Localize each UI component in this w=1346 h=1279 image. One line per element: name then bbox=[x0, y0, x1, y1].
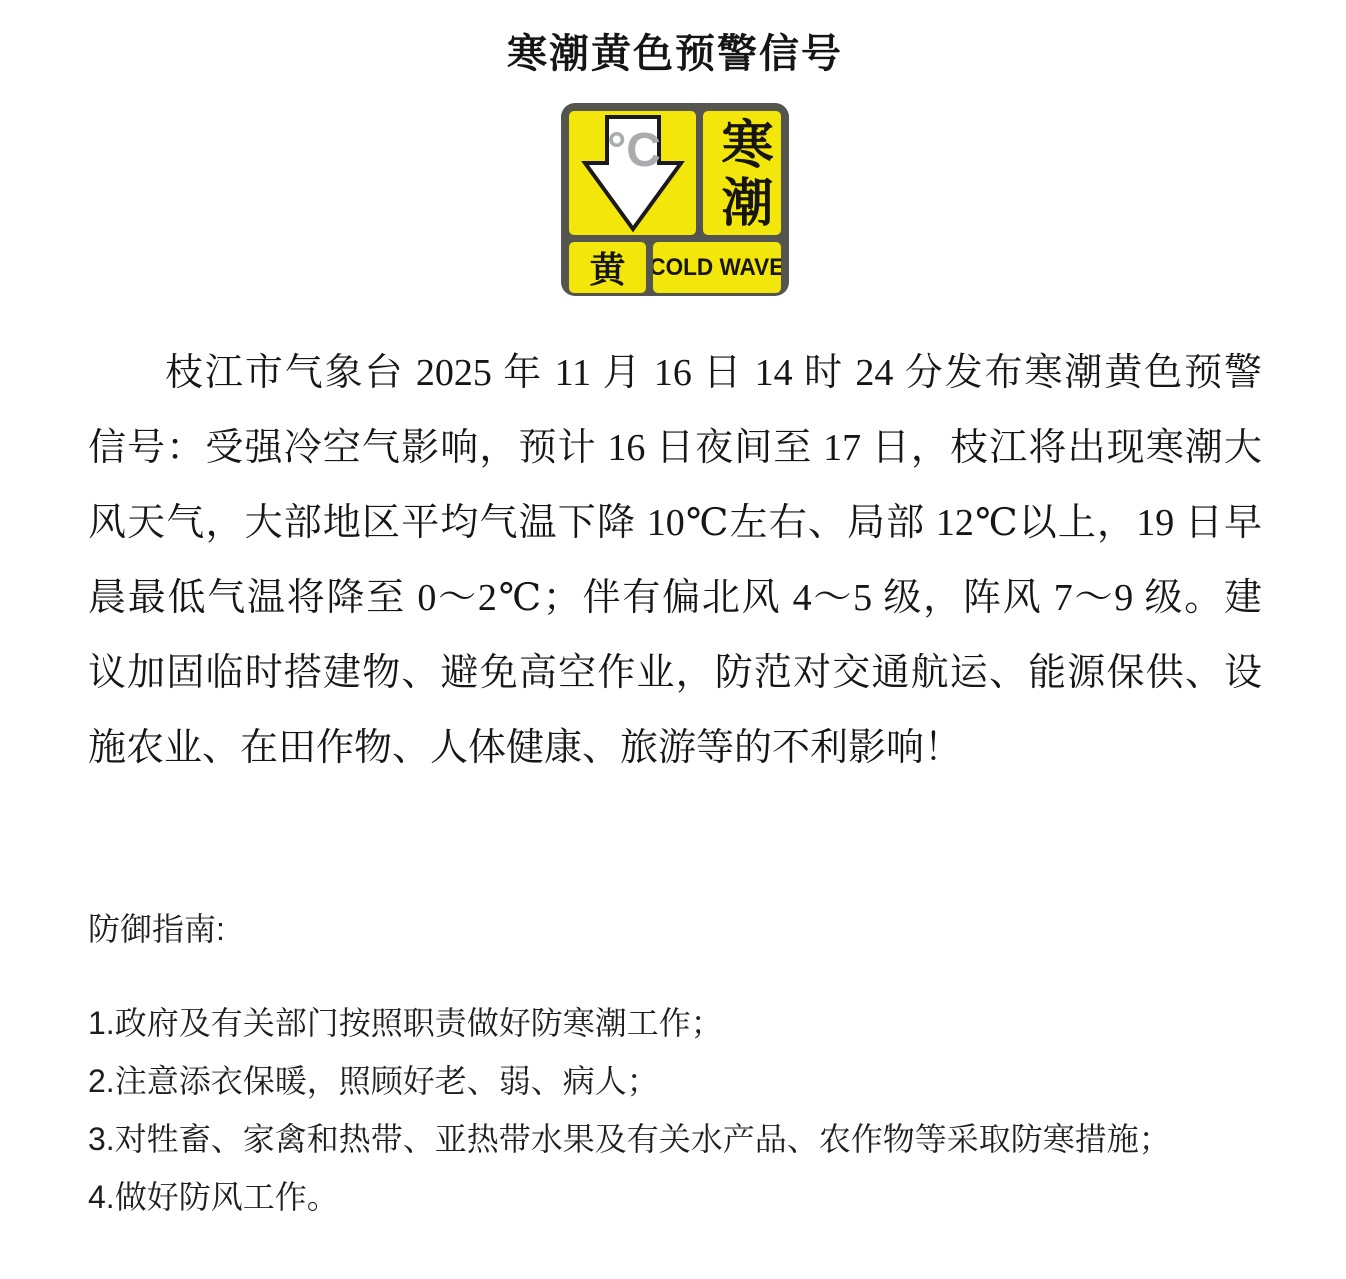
defense-guide-heading: 防御指南: bbox=[88, 904, 1262, 950]
guide-item: 4.做好防风工作。 bbox=[88, 1168, 1262, 1226]
badge-top-row: °C 寒潮 bbox=[569, 111, 781, 235]
defense-guide-section: 防御指南: 1.政府及有关部门按照职责做好防寒潮工作； 2.注意添衣保暖，照顾好… bbox=[88, 904, 1262, 1226]
notice-line: 议加固临时搭建物、避免高空作业，防范对交通航运、能源保供、设 bbox=[88, 636, 1262, 711]
temperature-drop-arrow-icon: °C bbox=[569, 111, 696, 235]
badge-level-label: 黄 bbox=[589, 242, 625, 293]
notice-line: 施农业、在田作物、人体健康、旅游等的不利影响！ bbox=[88, 711, 1262, 786]
guide-item: 1.政府及有关部门按照职责做好防寒潮工作； bbox=[88, 994, 1262, 1052]
notice-line: 风天气，大部地区平均气温下降 10℃左右、局部 12℃以上，19 日早 bbox=[88, 486, 1262, 561]
guide-item: 3.对牲畜、家禽和热带、亚热带水果及有关水产品、农作物等采取防寒措施； bbox=[88, 1110, 1262, 1168]
cold-wave-warning-badge: °C 寒潮 黄 COLD WAVE bbox=[561, 103, 789, 296]
notice-line: 枝江市气象台 2025 年 11 月 16 日 14 时 24 分发布寒潮黄色预… bbox=[88, 336, 1262, 411]
badge-name-cn: 寒潮 bbox=[716, 117, 768, 233]
notice-line: 信号：受强冷空气影响，预计 16 日夜间至 17 日，枝江将出现寒潮大 bbox=[88, 411, 1262, 486]
down-arrow-graphic: °C bbox=[571, 111, 694, 235]
notice-line: 晨最低气温将降至 0～2℃；伴有偏北风 4～5 级，阵风 7～9 级。建 bbox=[88, 561, 1262, 636]
guide-item: 2.注意添衣保暖，照顾好老、弱、病人； bbox=[88, 1052, 1262, 1110]
badge-name-en: COLD WAVE bbox=[653, 254, 781, 282]
cold-wave-warning-notice: 寒潮黄色预警信号 °C 寒潮 黄 COLD WAVE bbox=[0, 0, 1346, 1279]
badge-level-cell: 黄 bbox=[569, 242, 646, 293]
page-title: 寒潮黄色预警信号 bbox=[88, 22, 1262, 79]
badge-name-en-cell: COLD WAVE bbox=[653, 242, 781, 293]
badge-bottom-row: 黄 COLD WAVE bbox=[569, 242, 781, 293]
badge-container: °C 寒潮 黄 COLD WAVE bbox=[88, 103, 1262, 296]
notice-paragraph: 枝江市气象台 2025 年 11 月 16 日 14 时 24 分发布寒潮黄色预… bbox=[88, 336, 1262, 786]
celsius-symbol: °C bbox=[607, 124, 661, 177]
badge-name-cn-cell: 寒潮 bbox=[703, 111, 781, 235]
